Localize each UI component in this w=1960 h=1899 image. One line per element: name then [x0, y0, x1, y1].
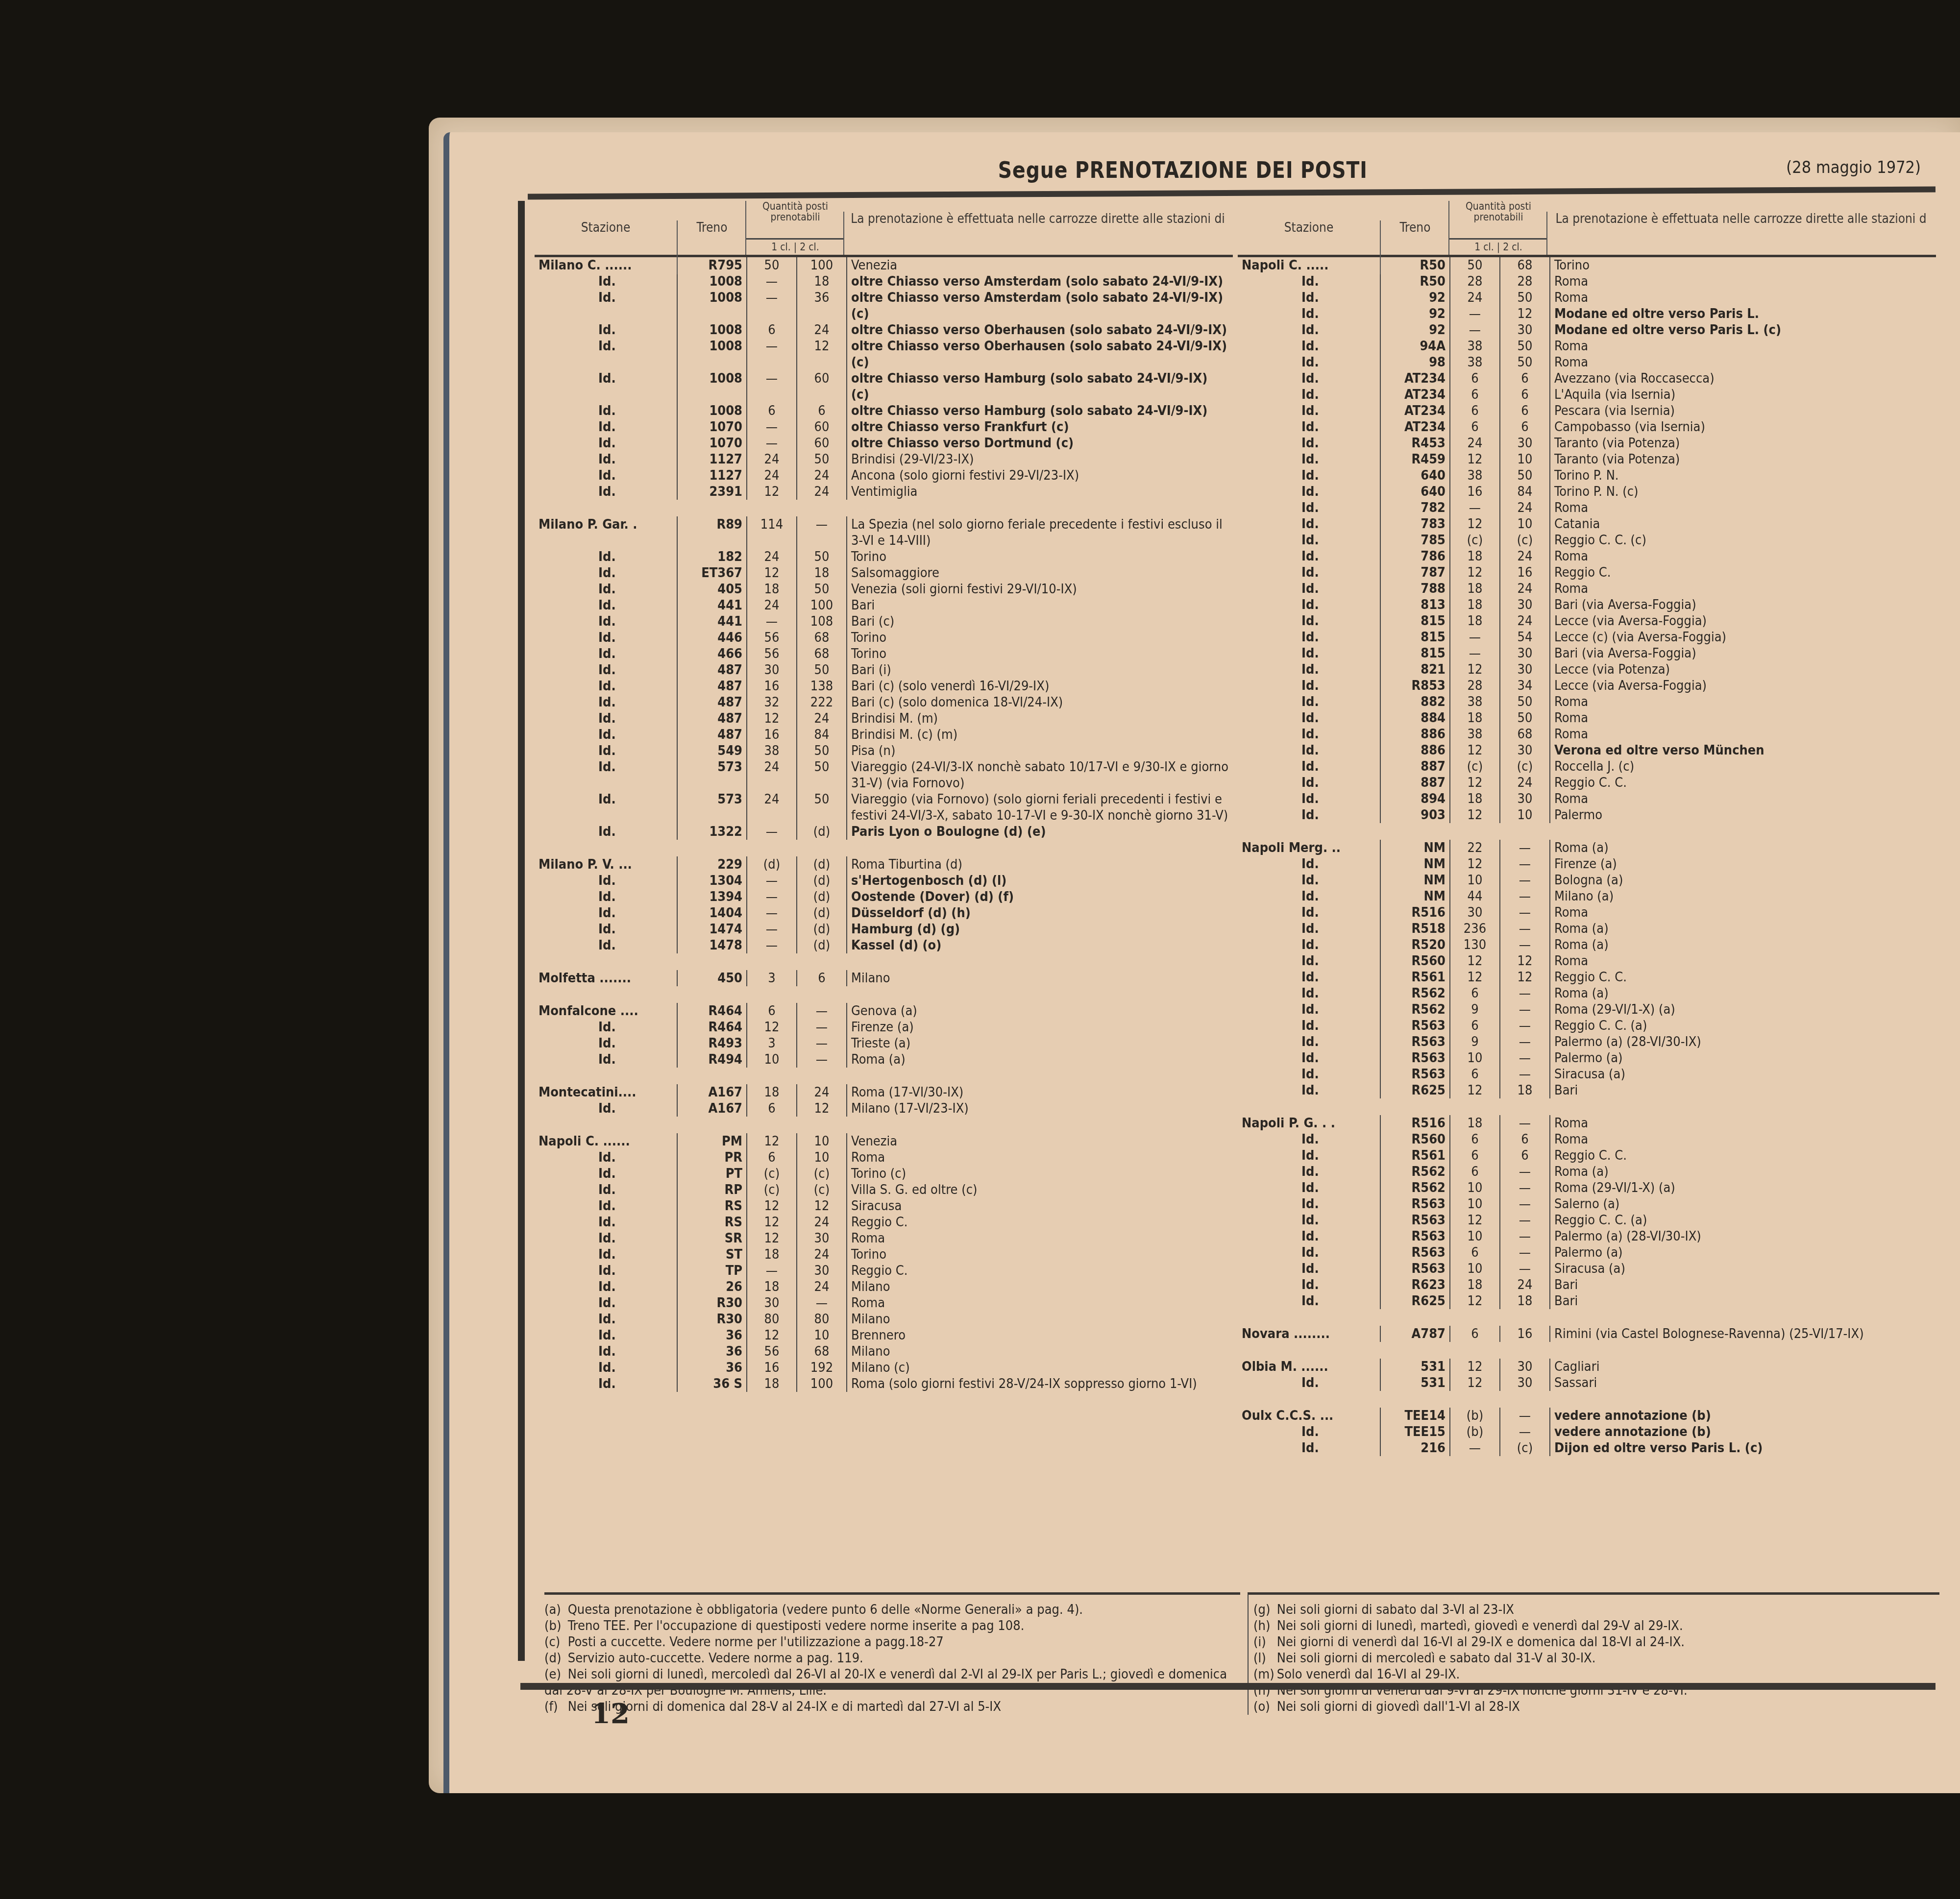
footnote-item: (e) Nei soli giorni di lunedì, mercoledì… — [544, 1666, 1240, 1699]
table-row: Id.R8532834Lecce (via Aversa-Foggia) — [1238, 678, 1936, 694]
first-class-seats-cell: 16 — [1450, 484, 1500, 500]
destination-cell: s'Hertogenbosch (d) (l) — [847, 873, 1233, 889]
station-cell: Id. — [535, 824, 677, 840]
table-row: Id.8841850Roma — [1238, 710, 1936, 726]
destination-cell: Bari (c) (solo venerdì 16-VI/29-IX) — [847, 678, 1233, 694]
second-class-seats-cell: 6 — [1500, 1147, 1550, 1164]
table-row: Id.R56066Roma — [1238, 1131, 1936, 1147]
spacer-cell — [535, 986, 1233, 1003]
first-class-seats-cell: — — [1450, 629, 1500, 645]
table-row: Napoli C. ......PM1210Venezia — [535, 1133, 1233, 1149]
train-number-cell: 531 — [1380, 1359, 1450, 1375]
station-cell: Id. — [1238, 661, 1380, 678]
first-class-seats-cell: 18 — [1450, 1115, 1500, 1131]
table-row: Id.48716138Bari (c) (solo venerdì 16-VI/… — [535, 678, 1233, 694]
first-class-seats-cell: 18 — [1450, 581, 1500, 597]
first-class-seats-cell: 12 — [1450, 1293, 1500, 1309]
second-class-seats-cell: 10 — [1500, 516, 1550, 532]
destination-cell: Brennero — [847, 1327, 1233, 1343]
station-cell: Id. — [1238, 290, 1380, 306]
second-class-seats-cell: — — [797, 516, 847, 549]
table-row: Id.4871224Brindisi M. (m) — [535, 710, 1233, 727]
destination-cell: Palermo (a) — [1550, 1050, 1936, 1066]
first-class-seats-cell: 6 — [1450, 1244, 1500, 1261]
destination-cell: Catania — [1550, 516, 1936, 532]
station-cell: Napoli C. ...... — [535, 1133, 677, 1149]
spacer-cell — [1238, 823, 1936, 840]
station-cell: Id. — [535, 419, 677, 435]
train-number-cell: 1322 — [677, 824, 747, 840]
train-number-cell: 785 — [1380, 532, 1450, 548]
second-class-seats-cell: 24 — [797, 1246, 847, 1263]
second-class-seats-cell: — — [1500, 985, 1550, 1001]
first-class-seats-cell: 18 — [747, 1084, 797, 1100]
first-class-seats-cell: 6 — [747, 1003, 797, 1019]
table-row: Id.R6251218Bari — [1238, 1293, 1936, 1309]
table-row: Id.815—30Bari (via Aversa-Foggia) — [1238, 645, 1936, 661]
second-class-seats-cell: — — [1500, 840, 1550, 856]
table-row: Id.R46412—Firenze (a) — [535, 1019, 1233, 1035]
footnote-text: Nei soli giorni di lunedì, martedì, giov… — [1277, 1618, 1683, 1633]
station-cell: Id. — [1238, 403, 1380, 419]
station-cell: Id. — [1238, 435, 1380, 451]
destination-cell: oltre Chiasso verso Frankfurt (c) — [847, 419, 1233, 435]
first-class-seats-cell: — — [747, 273, 797, 290]
table-row: Novara ........A787616Rimini (via Castel… — [1238, 1326, 1936, 1342]
station-cell: Id. — [1238, 904, 1380, 921]
destination-cell: Bari (i) — [847, 662, 1233, 678]
destination-cell: Hamburg (d) (g) — [847, 921, 1233, 937]
destination-cell: Bari (via Aversa-Foggia) — [1550, 645, 1936, 661]
first-class-seats-cell: 236 — [1450, 921, 1500, 937]
spacer-cell — [535, 500, 1233, 516]
destination-cell: Milano — [847, 1343, 1233, 1360]
first-class-seats-cell: 6 — [1450, 1066, 1500, 1082]
station-cell: Oulx C.C.S. ... — [1238, 1408, 1380, 1424]
second-class-seats-cell: 68 — [797, 646, 847, 662]
table-row: Molfetta .......45036Milano — [535, 970, 1233, 986]
second-class-seats-cell: — — [1500, 921, 1550, 937]
table-row: Id.44124100Bari — [535, 597, 1233, 613]
table-row: Id.R56312—Reggio C. C. (a) — [1238, 1212, 1936, 1228]
header-destinazione: La prenotazione è effettuata nelle carro… — [1546, 212, 1935, 255]
table-row: Id.1822450Torino — [535, 549, 1233, 565]
table-row: Id.PT(c)(c)Torino (c) — [535, 1166, 1233, 1182]
second-class-seats-cell: (d) — [797, 937, 847, 953]
station-cell: Id. — [535, 727, 677, 743]
table-row: Id.1008—12oltre Chiasso verso Oberhausen… — [535, 338, 1233, 370]
table-row: Id.R49410—Roma (a) — [535, 1051, 1233, 1068]
table-row: Id.R51630—Roma — [1238, 904, 1936, 921]
table-row: Id.R5626—Roma (a) — [1238, 1164, 1936, 1180]
train-number-cell: 1008 — [677, 403, 747, 419]
destination-cell: Lecce (via Aversa-Foggia) — [1550, 678, 1936, 694]
table-row: Id.7831210Catania — [1238, 516, 1936, 532]
second-class-seats-cell: 16 — [1500, 564, 1550, 581]
station-cell: Id. — [1238, 516, 1380, 532]
footnote-item: (o) Nei soli giorni di giovedì dall'1-VI… — [1253, 1699, 1939, 1715]
train-number-cell: R853 — [1380, 678, 1450, 694]
station-cell: Id. — [535, 1035, 677, 1051]
header-quantita-label: Quantità posti prenotabili — [762, 200, 828, 223]
group-spacer — [535, 500, 1233, 516]
second-class-seats-cell: 24 — [797, 484, 847, 500]
footnote-key: (c) — [544, 1634, 564, 1650]
station-cell: Molfetta ....... — [535, 970, 677, 986]
table-row: Id.11272450Brindisi (29-VI/23-IX) — [535, 451, 1233, 467]
train-number-cell: 887 — [1380, 775, 1450, 791]
first-class-seats-cell: 12 — [1450, 856, 1500, 872]
first-class-seats-cell: — — [747, 338, 797, 370]
first-class-seats-cell: 6 — [1450, 1131, 1500, 1147]
destination-cell: Oostende (Dover) (d) (f) — [847, 889, 1233, 905]
first-class-seats-cell: 18 — [1450, 548, 1500, 564]
timetable-page: Segue PRENOTAZIONE DEI POSTI (28 maggio … — [429, 118, 1960, 1793]
station-cell: Id. — [535, 1295, 677, 1311]
second-class-seats-cell: 18 — [797, 273, 847, 290]
train-number-cell: R453 — [1380, 435, 1450, 451]
table-row: Id.1008624oltre Chiasso verso Oberhausen… — [535, 322, 1233, 338]
destination-cell: Verona ed oltre verso München — [1550, 742, 1936, 758]
right-reservation-table: Napoli C. .....R505068TorinoId.R502828Ro… — [1238, 257, 1936, 1456]
destination-cell: oltre Chiasso verso Oberhausen (solo sab… — [847, 322, 1233, 338]
train-number-cell: 903 — [1380, 807, 1450, 823]
header-destinazione: La prenotazione è effettuata nelle carro… — [843, 212, 1231, 255]
second-class-seats-cell: 30 — [1500, 645, 1550, 661]
table-row: Id.R56210—Roma (29-VI/1-X) (a) — [1238, 1180, 1936, 1196]
train-number-cell: 216 — [1380, 1440, 1450, 1456]
train-number-cell: 1304 — [677, 873, 747, 889]
group-spacer — [535, 840, 1233, 856]
destination-cell: Reggio C. — [847, 1263, 1233, 1279]
train-number-cell: A167 — [677, 1084, 747, 1100]
second-class-seats-cell: 30 — [1500, 1359, 1550, 1375]
second-class-seats-cell: 50 — [1500, 290, 1550, 306]
station-cell: Id. — [1238, 645, 1380, 661]
station-cell: Id. — [1238, 791, 1380, 807]
table-row: Id.3616192Milano (c) — [535, 1360, 1233, 1376]
second-class-seats-cell: 24 — [1500, 548, 1550, 564]
table-row: Id.4051850Venezia (soli giorni festivi 2… — [535, 581, 1233, 597]
station-cell: Id. — [1238, 726, 1380, 742]
second-class-seats-cell: 34 — [1500, 678, 1550, 694]
station-cell: Id. — [535, 1100, 677, 1117]
table-row: Id.5493850Pisa (n) — [535, 743, 1233, 759]
destination-cell: Lecce (c) (via Aversa-Foggia) — [1550, 629, 1936, 645]
station-cell: Id. — [1238, 953, 1380, 969]
first-class-seats-cell: — — [1450, 1440, 1500, 1456]
train-number-cell: 441 — [677, 613, 747, 630]
train-number-cell: 640 — [1380, 484, 1450, 500]
footnote-key: (e) — [544, 1666, 564, 1682]
bottom-rule-divider — [520, 1683, 1935, 1690]
first-class-seats-cell: 6 — [747, 1149, 797, 1166]
train-number-cell: 886 — [1380, 742, 1450, 758]
destination-cell: Roma — [1550, 354, 1936, 370]
footnote-text: Nei soli giorni di lunedì, mercoledì dal… — [544, 1667, 1227, 1698]
destination-cell: oltre Chiasso verso Amsterdam (solo saba… — [847, 290, 1233, 322]
second-class-seats-cell: 6 — [797, 970, 847, 986]
station-cell: Id. — [535, 370, 677, 403]
destination-cell: Trieste (a) — [847, 1035, 1233, 1051]
train-number-cell: R625 — [1380, 1082, 1450, 1098]
first-class-seats-cell: 30 — [1450, 904, 1500, 921]
train-number-cell: 821 — [1380, 661, 1450, 678]
destination-cell: Bari (c) (solo domenica 18-VI/24-IX) — [847, 694, 1233, 710]
first-class-seats-cell: (d) — [747, 856, 797, 873]
header-treno: Treno — [1380, 220, 1449, 274]
second-class-seats-cell: 60 — [797, 419, 847, 435]
second-class-seats-cell: 18 — [1500, 1293, 1550, 1309]
station-cell: Id. — [535, 467, 677, 484]
table-row: Id.AT23466L'Aquila (via Isernia) — [1238, 387, 1936, 403]
train-number-cell: R563 — [1380, 1050, 1450, 1066]
table-row: Id.R5626—Roma (a) — [1238, 985, 1936, 1001]
second-class-seats-cell: 84 — [797, 727, 847, 743]
table-row: Id.23911224Ventimiglia — [535, 484, 1233, 500]
destination-cell: Ancona (solo giorni festivi 29-VI/23-IX) — [847, 467, 1233, 484]
second-class-seats-cell: (d) — [797, 921, 847, 937]
station-cell: Id. — [1238, 306, 1380, 322]
second-class-seats-cell: 12 — [797, 1198, 847, 1214]
destination-cell: Roma — [1550, 1115, 1936, 1131]
train-number-cell: R494 — [677, 1051, 747, 1068]
table-row: Id.887(c)(c)Roccella J. (c) — [1238, 758, 1936, 775]
station-cell: Id. — [535, 1279, 677, 1295]
first-class-seats-cell: (c) — [747, 1182, 797, 1198]
station-cell: Olbia M. ...... — [1238, 1359, 1380, 1375]
train-number-cell: R563 — [1380, 1212, 1450, 1228]
train-number-cell: RP — [677, 1182, 747, 1198]
station-cell: Id. — [535, 549, 677, 565]
spacer-cell — [535, 1117, 1233, 1133]
train-number-cell: 92 — [1380, 306, 1450, 322]
table-row: Id.8871224Reggio C. C. — [1238, 775, 1936, 791]
table-row: Napoli Merg. ..NM22—Roma (a) — [1238, 840, 1936, 856]
station-cell: Id. — [535, 290, 677, 322]
table-row: Olbia M. ......5311230Cagliari — [1238, 1359, 1936, 1375]
station-cell: Id. — [535, 1166, 677, 1182]
destination-cell: Milano — [847, 1279, 1233, 1295]
first-class-seats-cell: 16 — [747, 678, 797, 694]
train-number-cell: ST — [677, 1246, 747, 1263]
destination-cell: oltre Chiasso verso Amsterdam (solo saba… — [847, 273, 1233, 290]
train-number-cell: 1474 — [677, 921, 747, 937]
table-row: Id.1404—(d)Düsseldorf (d) (h) — [535, 905, 1233, 921]
station-cell: Id. — [535, 1246, 677, 1263]
second-class-seats-cell: 6 — [1500, 1131, 1550, 1147]
table-row: Id.RS1212Siracusa — [535, 1198, 1233, 1214]
train-number-cell: R563 — [1380, 1034, 1450, 1050]
destination-cell: La Spezia (nel solo giorno feriale prece… — [847, 516, 1233, 549]
second-class-seats-cell: 12 — [1500, 969, 1550, 985]
second-class-seats-cell: 12 — [1500, 306, 1550, 322]
destination-cell: Roma — [1550, 338, 1936, 354]
header-treno-label: Treno — [1399, 220, 1430, 235]
second-class-seats-cell: 30 — [1500, 742, 1550, 758]
first-class-seats-cell: 22 — [1450, 840, 1500, 856]
destination-cell: Dijon ed oltre verso Paris L. (c) — [1550, 1440, 1936, 1456]
first-class-seats-cell: 12 — [747, 710, 797, 727]
station-cell: Id. — [1238, 807, 1380, 823]
destination-cell: Taranto (via Potenza) — [1550, 451, 1936, 467]
destination-cell: Lecce (via Potenza) — [1550, 661, 1936, 678]
second-class-seats-cell: 30 — [797, 1230, 847, 1246]
destination-cell: Venezia — [847, 257, 1233, 273]
train-number-cell: 229 — [677, 856, 747, 873]
table-row: Id.983850Roma — [1238, 354, 1936, 370]
second-class-seats-cell: — — [1500, 1244, 1550, 1261]
page-body: Segue PRENOTAZIONE DEI POSTI (28 maggio … — [443, 132, 1960, 1793]
first-class-seats-cell: 10 — [747, 1051, 797, 1068]
second-class-seats-cell: — — [1500, 1050, 1550, 1066]
train-number-cell: 487 — [677, 678, 747, 694]
train-number-cell: R563 — [1380, 1196, 1450, 1212]
table-row: Id.R5636—Palermo (a) — [1238, 1244, 1936, 1261]
first-class-seats-cell: 24 — [1450, 290, 1500, 306]
train-number-cell: A787 — [1380, 1326, 1450, 1342]
first-class-seats-cell: 12 — [1450, 564, 1500, 581]
second-class-seats-cell: (c) — [1500, 532, 1550, 548]
first-class-seats-cell: 12 — [747, 565, 797, 581]
second-class-seats-cell: 12 — [1500, 953, 1550, 969]
destination-cell: Paris Lyon o Boulogne (d) (e) — [847, 824, 1233, 840]
second-class-seats-cell: — — [1500, 1164, 1550, 1180]
station-cell: Monfalcone .... — [535, 1003, 677, 1019]
footnote-text: Nei soli giorni di mercoledì e sabato da… — [1277, 1651, 1596, 1666]
first-class-seats-cell: 6 — [747, 322, 797, 338]
second-class-seats-cell: — — [1500, 904, 1550, 921]
table-row: Id.1008—18oltre Chiasso verso Amsterdam … — [535, 273, 1233, 290]
table-row: Id.ET3671218Salsomaggiore — [535, 565, 1233, 581]
table-row: Id.4665668Torino — [535, 646, 1233, 662]
table-row: Id.1474—(d)Hamburg (d) (g) — [535, 921, 1233, 937]
second-class-seats-cell: 30 — [1500, 435, 1550, 451]
train-number-cell: 36 — [677, 1343, 747, 1360]
destination-cell: Torino P. N. (c) — [1550, 484, 1936, 500]
train-number-cell: 787 — [1380, 564, 1450, 581]
table-row: Id.R5636—Siracusa (a) — [1238, 1066, 1936, 1082]
station-cell: Napoli P. G. . . — [1238, 1115, 1380, 1131]
table-row: Id.815—54Lecce (c) (via Aversa-Foggia) — [1238, 629, 1936, 645]
table-row: Id.1070—60oltre Chiasso verso Frankfurt … — [535, 419, 1233, 435]
station-cell: Id. — [1238, 1244, 1380, 1261]
train-number-cell: 815 — [1380, 613, 1450, 629]
table-row: Id.1070—60oltre Chiasso verso Dortmund (… — [535, 435, 1233, 451]
station-cell: Id. — [535, 273, 677, 290]
first-class-seats-cell: 24 — [747, 549, 797, 565]
table-row: Id.R5629—Roma (29-VI/1-X) (a) — [1238, 1001, 1936, 1018]
second-class-seats-cell: — — [797, 1019, 847, 1035]
train-number-cell: 1008 — [677, 338, 747, 370]
destination-cell: oltre Chiasso verso Hamburg (solo sabato… — [847, 403, 1233, 419]
page-number: 12 — [591, 1698, 630, 1730]
footnote-item: (i) Nei giorni di venerdì dal 16-VI al 2… — [1253, 1634, 1939, 1650]
station-cell: Id. — [1238, 775, 1380, 791]
destination-cell: Siracusa (a) — [1550, 1261, 1936, 1277]
station-cell: Id. — [535, 1182, 677, 1198]
destination-cell: Avezzano (via Roccasecca) — [1550, 370, 1936, 387]
footnote-item: (a) Questa prenotazione è obbligatoria (… — [544, 1602, 1240, 1618]
table-row: Id.782—24Roma — [1238, 500, 1936, 516]
table-row: Id.1304—(d)s'Hertogenbosch (d) (l) — [535, 873, 1233, 889]
first-class-seats-cell: 6 — [1450, 1147, 1500, 1164]
destination-cell: Salsomaggiore — [847, 565, 1233, 581]
destination-cell: Düsseldorf (d) (h) — [847, 905, 1233, 921]
train-number-cell: R516 — [1380, 904, 1450, 921]
destination-cell: Brindisi M. (c) (m) — [847, 727, 1233, 743]
second-class-seats-cell: — — [797, 1295, 847, 1311]
footnote-key: (d) — [544, 1650, 564, 1666]
table-row: Id.RP(c)(c)Villa S. G. ed oltre (c) — [535, 1182, 1233, 1198]
table-row: Id.8941830Roma — [1238, 791, 1936, 807]
first-class-seats-cell: 12 — [1450, 807, 1500, 823]
footnote-key: (g) — [1253, 1602, 1273, 1618]
destination-cell: Siracusa (a) — [1550, 1066, 1936, 1082]
destination-cell: Lecce (via Aversa-Foggia) — [1550, 613, 1936, 629]
second-class-seats-cell: 100 — [797, 1376, 847, 1392]
station-cell: Id. — [535, 451, 677, 467]
second-class-seats-cell: (c) — [797, 1182, 847, 1198]
second-class-seats-cell: — — [1500, 1424, 1550, 1440]
station-cell: Id. — [535, 1198, 677, 1214]
table-row: Id.AT23466Avezzano (via Roccasecca) — [1238, 370, 1936, 387]
destination-cell: Milano (c) — [847, 1360, 1233, 1376]
table-row: Id.R518236—Roma (a) — [1238, 921, 1936, 937]
group-spacer — [535, 1068, 1233, 1084]
table-row: Id.R4532430Taranto (via Potenza) — [1238, 435, 1936, 451]
table-row: Id.1008—60oltre Chiasso verso Hamburg (s… — [535, 370, 1233, 403]
first-class-seats-cell: 12 — [747, 1198, 797, 1214]
train-number-cell: AT234 — [1380, 419, 1450, 435]
station-cell: Id. — [1238, 354, 1380, 370]
destination-cell: Sassari — [1550, 1375, 1936, 1391]
second-class-seats-cell: 18 — [797, 565, 847, 581]
second-class-seats-cell: 30 — [1500, 791, 1550, 807]
table-row: Milano P. Gar. .R89114—La Spezia (nel so… — [535, 516, 1233, 549]
destination-cell: Rimini (via Castel Bolognese-Ravenna) (2… — [1550, 1326, 1936, 1342]
group-spacer — [535, 986, 1233, 1003]
first-class-seats-cell: 12 — [747, 1230, 797, 1246]
second-class-seats-cell: 50 — [1500, 354, 1550, 370]
table-row: Id.R520130—Roma (a) — [1238, 937, 1936, 953]
first-class-seats-cell: 38 — [1450, 467, 1500, 484]
first-class-seats-cell: 12 — [1450, 1212, 1500, 1228]
first-class-seats-cell: — — [1450, 322, 1500, 338]
first-class-seats-cell: — — [747, 921, 797, 937]
destination-cell: Reggio C. C. — [1550, 775, 1936, 791]
first-class-seats-cell: 50 — [747, 257, 797, 273]
first-class-seats-cell: 24 — [747, 451, 797, 467]
footnote-key: (a) — [544, 1602, 564, 1618]
train-number-cell: 813 — [1380, 597, 1450, 613]
destination-cell: Torino — [847, 1246, 1233, 1263]
second-class-seats-cell: 50 — [1500, 710, 1550, 726]
second-class-seats-cell: 28 — [1500, 273, 1550, 290]
header-treno-label: Treno — [696, 220, 727, 235]
station-cell: Id. — [1238, 1424, 1380, 1440]
group-spacer — [535, 953, 1233, 970]
first-class-seats-cell: — — [1450, 306, 1500, 322]
second-class-seats-cell: (d) — [797, 889, 847, 905]
table-frame: Stazione Treno Quantità posti prenotabil… — [518, 201, 1946, 1661]
destination-cell: Roma — [847, 1295, 1233, 1311]
footnote-item: (c) Posti a cuccette. Vedere norme per l… — [544, 1634, 1240, 1650]
first-class-seats-cell: 12 — [1450, 661, 1500, 678]
destination-cell: Bari — [1550, 1082, 1936, 1098]
destination-cell: Modane ed oltre verso Paris L. (c) — [1550, 322, 1936, 338]
first-class-seats-cell: 6 — [1450, 1326, 1500, 1342]
